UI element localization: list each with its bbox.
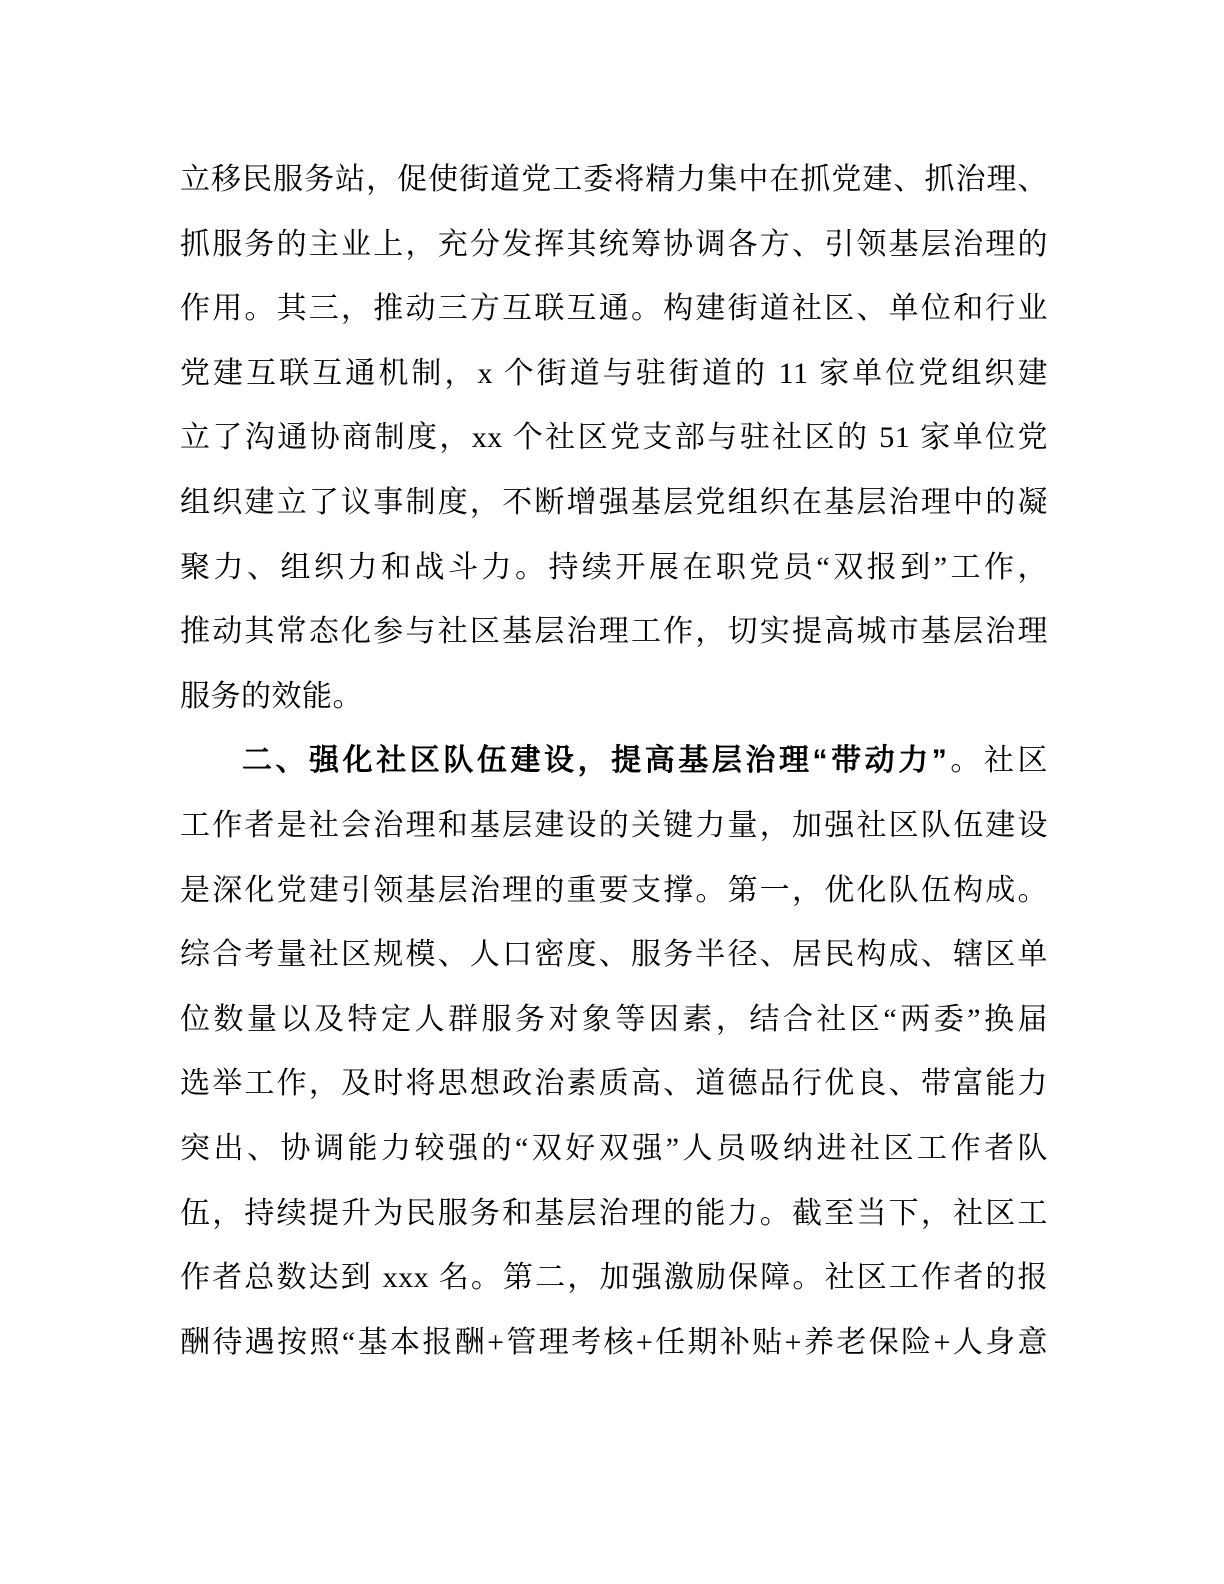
paragraph1-line-9: 服务的效能。: [180, 665, 1048, 730]
paragraph1-line-7: 聚力、组织力和战斗力。持续开展在职党员“双报到”工作，: [180, 536, 1048, 601]
paragraph2-line-6: 选举工作，及时将思想政治素质高、道德品行优良、带富能力: [180, 1052, 1048, 1117]
document-body: 立移民服务站，促使街道党工委将精力集中在抓党建、抓治理、 抓服务的主业上，充分发…: [180, 148, 1048, 1375]
paragraph1-line-1: 立移民服务站，促使街道党工委将精力集中在抓党建、抓治理、: [180, 148, 1048, 213]
paragraph2-line-9: 作者总数达到 xxx 名。第二，加强激励保障。社区工作者的报: [180, 1246, 1048, 1311]
paragraph2-line-2: 工作者是社会治理和基层建设的关键力量，加强社区队伍建设: [180, 794, 1048, 859]
paragraph2-line-7: 突出、协调能力较强的“双好双强”人员吸纳进社区工作者队: [180, 1117, 1048, 1182]
section-heading-line: 二、强化社区队伍建设，提高基层治理“带动力”。社区: [180, 729, 1048, 794]
paragraph1-line-6: 组织建立了议事制度，不断增强基层党组织在基层治理中的凝: [180, 471, 1048, 536]
section-heading-bold-text: 二、强化社区队伍建设，提高基层治理“带动力”: [242, 744, 947, 777]
document-page: 立移民服务站，促使街道党工委将精力集中在抓党建、抓治理、 抓服务的主业上，充分发…: [0, 0, 1224, 1584]
paragraph2-line-3: 是深化党建引领基层治理的重要支撑。第一，优化队伍构成。: [180, 859, 1048, 924]
paragraph1-line-4: 党建互联互通机制，x 个街道与驻街道的 11 家单位党组织建: [180, 342, 1048, 407]
paragraph2-line-5: 位数量以及特定人群服务对象等因素，结合社区“两委”换届: [180, 988, 1048, 1053]
paragraph2-line-10: 酬待遇按照“基本报酬+管理考核+任期补贴+养老保险+人身意: [180, 1311, 1048, 1376]
paragraph1-line-5: 立了沟通协商制度，xx 个社区党支部与驻社区的 51 家单位党: [180, 406, 1048, 471]
section-heading-tail-text: 。社区: [947, 744, 1048, 777]
paragraph1-line-3: 作用。其三，推动三方互联互通。构建街道社区、单位和行业: [180, 277, 1048, 342]
paragraph2-line-4: 综合考量社区规模、人口密度、服务半径、居民构成、辖区单: [180, 923, 1048, 988]
paragraph1-line-2: 抓服务的主业上，充分发挥其统筹协调各方、引领基层治理的: [180, 213, 1048, 278]
paragraph1-line-8: 推动其常态化参与社区基层治理工作，切实提高城市基层治理: [180, 600, 1048, 665]
paragraph2-line-8: 伍，持续提升为民服务和基层治理的能力。截至当下，社区工: [180, 1182, 1048, 1247]
